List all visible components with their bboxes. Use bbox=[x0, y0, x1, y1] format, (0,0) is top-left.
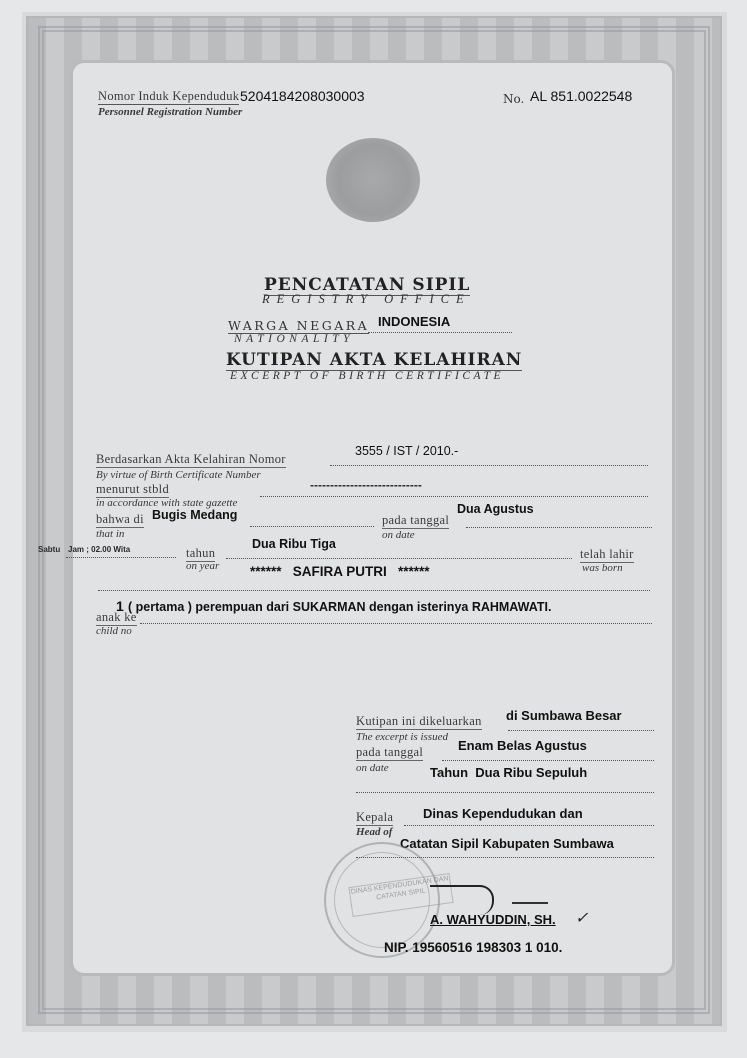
document-title: KUTIPAN AKTA KELAHIRAN bbox=[226, 350, 522, 371]
issue-date-label: pada tanggal bbox=[356, 745, 423, 761]
head-label: Kepala bbox=[356, 810, 393, 826]
head-label-en: Head of bbox=[356, 826, 392, 838]
date-label: pada tanggal bbox=[382, 513, 449, 529]
issued-value: di Sumbawa Besar bbox=[506, 708, 622, 723]
place-label: bahwa di bbox=[96, 512, 144, 528]
cert-number-line bbox=[330, 465, 648, 466]
time-line bbox=[66, 557, 176, 558]
date-value: Dua Agustus bbox=[457, 502, 534, 516]
child-label-en: child no bbox=[96, 625, 132, 637]
day-value: Sabtu bbox=[38, 545, 60, 554]
child-name: ****** SAFIRA PUTRI ****** bbox=[250, 564, 430, 579]
stbld-line bbox=[260, 496, 648, 497]
cert-number-label-en: By virtue of Birth Certificate Number bbox=[96, 469, 261, 481]
year-label-en: on year bbox=[186, 560, 219, 572]
nik-label-en: Personnel Registration Number bbox=[98, 106, 242, 118]
year-value: Dua Ribu Tiga bbox=[252, 537, 336, 551]
nationality-line bbox=[368, 332, 512, 333]
office-title-en: REGISTRY OFFICE bbox=[262, 292, 471, 307]
paraf-icon: ✓ bbox=[575, 908, 588, 928]
nationality-label: WARGA NEGARA bbox=[228, 318, 369, 334]
time-value: Jam ; 02.00 Wita bbox=[68, 545, 130, 554]
official-name: A. WAHYUDDIN, SH. bbox=[430, 912, 556, 927]
place-value: Bugis Medang bbox=[152, 508, 237, 522]
nationality-label-en: NATIONALITY bbox=[234, 333, 354, 345]
cert-number-value: 3555 / IST / 2010.- bbox=[355, 444, 458, 458]
head-value-1: Dinas Kependudukan dan bbox=[423, 806, 583, 821]
issued-label: Kutipan ini dikeluarkan bbox=[356, 714, 482, 730]
name-line bbox=[98, 590, 650, 591]
place-label-en: that in bbox=[96, 528, 124, 540]
born-label-en: was born bbox=[582, 562, 623, 574]
issued-line bbox=[508, 730, 654, 731]
signature-icon bbox=[430, 885, 494, 915]
nik-value: 5204184208030003 bbox=[240, 88, 365, 104]
issue-date-value: Enam Belas Agustus bbox=[458, 738, 587, 753]
signature-stroke bbox=[512, 902, 548, 904]
head-line-1 bbox=[404, 825, 654, 826]
nationality-value: INDONESIA bbox=[378, 314, 450, 329]
issue-year-value: Tahun Dua Ribu Sepuluh bbox=[430, 765, 587, 780]
date-line bbox=[466, 527, 652, 528]
born-label: telah lahir bbox=[580, 547, 634, 563]
no-label: No. bbox=[503, 92, 524, 106]
child-line bbox=[140, 623, 652, 624]
document-title-en: EXCERPT OF BIRTH CERTIFICATE bbox=[230, 370, 504, 382]
stbld-label: menurut stbld bbox=[96, 482, 169, 498]
official-nip: NIP. 19560516 198303 1 010. bbox=[384, 940, 562, 955]
head-value-2: Catatan Sipil Kabupaten Sumbawa bbox=[400, 836, 614, 851]
cert-number-label: Berdasarkan Akta Kelahiran Nomor bbox=[96, 452, 286, 468]
garuda-emblem-icon bbox=[326, 138, 420, 222]
child-number: 1 bbox=[116, 598, 124, 614]
certificate-number: AL 851.0022548 bbox=[530, 88, 632, 104]
nik-label: Nomor Induk Kependuduk bbox=[98, 89, 239, 105]
child-description: ( pertama ) perempuan dari SUKARMAN deng… bbox=[128, 600, 551, 614]
place-line bbox=[250, 526, 374, 527]
issue-year-line bbox=[356, 792, 654, 793]
date-label-en: on date bbox=[382, 529, 415, 541]
issue-date-label-en: on date bbox=[356, 762, 389, 774]
stbld-value: ---------------------------- bbox=[310, 478, 422, 492]
issue-date-line bbox=[442, 760, 654, 761]
year-line bbox=[226, 558, 572, 559]
issued-label-en: The excerpt is issued bbox=[356, 731, 448, 743]
